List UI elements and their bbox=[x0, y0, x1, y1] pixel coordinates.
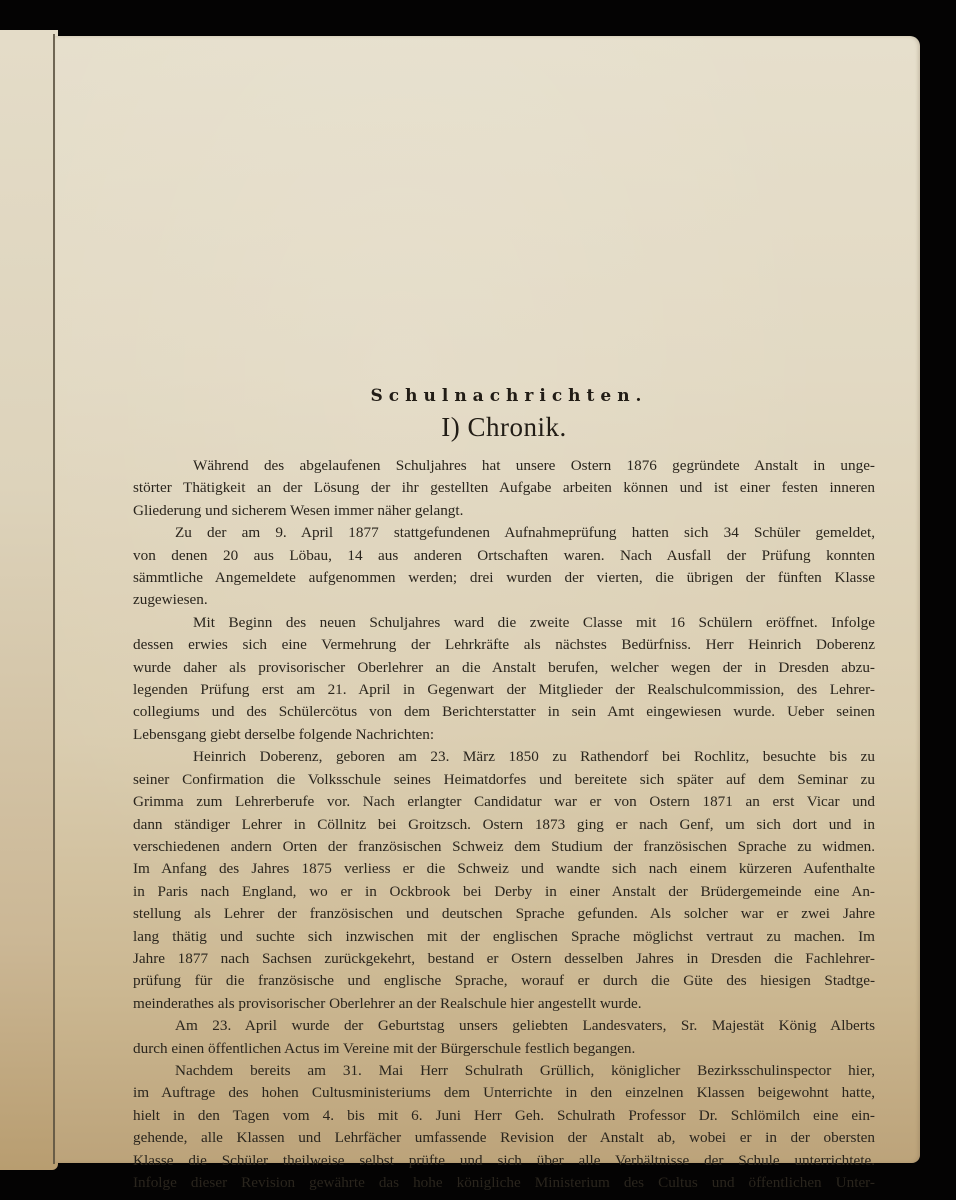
text-line: störter Thätigkeit an der Lösung der ihr… bbox=[133, 477, 875, 499]
text-line: Am 23. April wurde der Geburtstag unsers… bbox=[133, 1015, 875, 1037]
paragraph: Am 23. April wurde der Geburtstag unsers… bbox=[133, 1015, 875, 1060]
text-line: gehende, alle Klassen und Lehrfächer umf… bbox=[133, 1127, 875, 1149]
text-line: Heinrich Doberenz, geboren am 23. März 1… bbox=[133, 746, 875, 768]
text-line: stellung als Lehrer der französischen un… bbox=[133, 903, 875, 925]
text-line: Grimma zum Lehrerberufe vor. Nach erlang… bbox=[133, 791, 875, 813]
text-line: seiner Confirmation die Volksschule sein… bbox=[133, 769, 875, 791]
text-line: Gliederung und sicherem Wesen immer nähe… bbox=[133, 500, 875, 522]
paragraph: Zu der am 9. April 1877 stattgefundenen … bbox=[133, 522, 875, 612]
left-page-edge bbox=[0, 30, 58, 1170]
text-line: Mit Beginn des neuen Schuljahres ward di… bbox=[133, 612, 875, 634]
text-line: meinderathes als provisorischer Oberlehr… bbox=[133, 993, 875, 1015]
text-line: Zu der am 9. April 1877 stattgefundenen … bbox=[133, 522, 875, 544]
paragraph: Mit Beginn des neuen Schuljahres ward di… bbox=[133, 612, 875, 746]
paragraph: Nachdem bereits am 31. Mai Herr Schulrat… bbox=[133, 1060, 875, 1194]
text-line: von denen 20 aus Löbau, 14 aus anderen O… bbox=[133, 545, 875, 567]
text-line: Jahre 1877 nach Sachsen zurückgekehrt, b… bbox=[133, 948, 875, 970]
text-line: legenden Prüfung erst am 21. April in Ge… bbox=[133, 679, 875, 701]
text-line: lang thätig und suchte sich inzwischen m… bbox=[133, 926, 875, 948]
text-line: Im Anfang des Jahres 1875 verliess er di… bbox=[133, 858, 875, 880]
text-line: prüfung für die französische und englisc… bbox=[133, 970, 875, 992]
text-line: durch einen öffentlichen Actus im Verein… bbox=[133, 1038, 875, 1060]
text-line: verschiedenen andern Orten der französis… bbox=[133, 836, 875, 858]
text-line: sämmtliche Angemeldete aufgenommen werde… bbox=[133, 567, 875, 589]
text-line: Infolge dieser Revision gewährte das hoh… bbox=[133, 1172, 875, 1194]
text-line: im Auftrage des hohen Cultusministeriums… bbox=[133, 1082, 875, 1104]
text-line: dann ständiger Lehrer in Cöllnitz bei Gr… bbox=[133, 814, 875, 836]
text-line: wurde daher als provisorischer Oberlehre… bbox=[133, 657, 875, 679]
text-line: Klasse die Schüler theilweise selbst prü… bbox=[133, 1150, 875, 1172]
page-content: Schulnachrichten. I) Chronik. Während de… bbox=[133, 386, 875, 1194]
text-line: Während des abgelaufenen Schuljahres hat… bbox=[133, 455, 875, 477]
book-page: Schulnachrichten. I) Chronik. Während de… bbox=[55, 36, 920, 1163]
text-line: collegiums und des Schülercötus von dem … bbox=[133, 701, 875, 723]
text-line: Lebensgang giebt derselbe folgende Nachr… bbox=[133, 724, 875, 746]
text-line: Nachdem bereits am 31. Mai Herr Schulrat… bbox=[133, 1060, 875, 1082]
section-heading: Schulnachrichten. bbox=[133, 386, 875, 406]
chapter-title: I) Chronik. bbox=[133, 412, 875, 443]
paragraph: Heinrich Doberenz, geboren am 23. März 1… bbox=[133, 746, 875, 1015]
text-line: hielt in den Tagen vom 4. bis mit 6. Jun… bbox=[133, 1105, 875, 1127]
scanned-book-spread: Schulnachrichten. I) Chronik. Während de… bbox=[0, 0, 956, 1200]
text-line: zugewiesen. bbox=[133, 589, 875, 611]
paragraph: Während des abgelaufenen Schuljahres hat… bbox=[133, 455, 875, 522]
text-line: in Paris nach England, wo er in Ockbrook… bbox=[133, 881, 875, 903]
text-line: dessen erwies sich eine Vermehrung der L… bbox=[133, 634, 875, 656]
